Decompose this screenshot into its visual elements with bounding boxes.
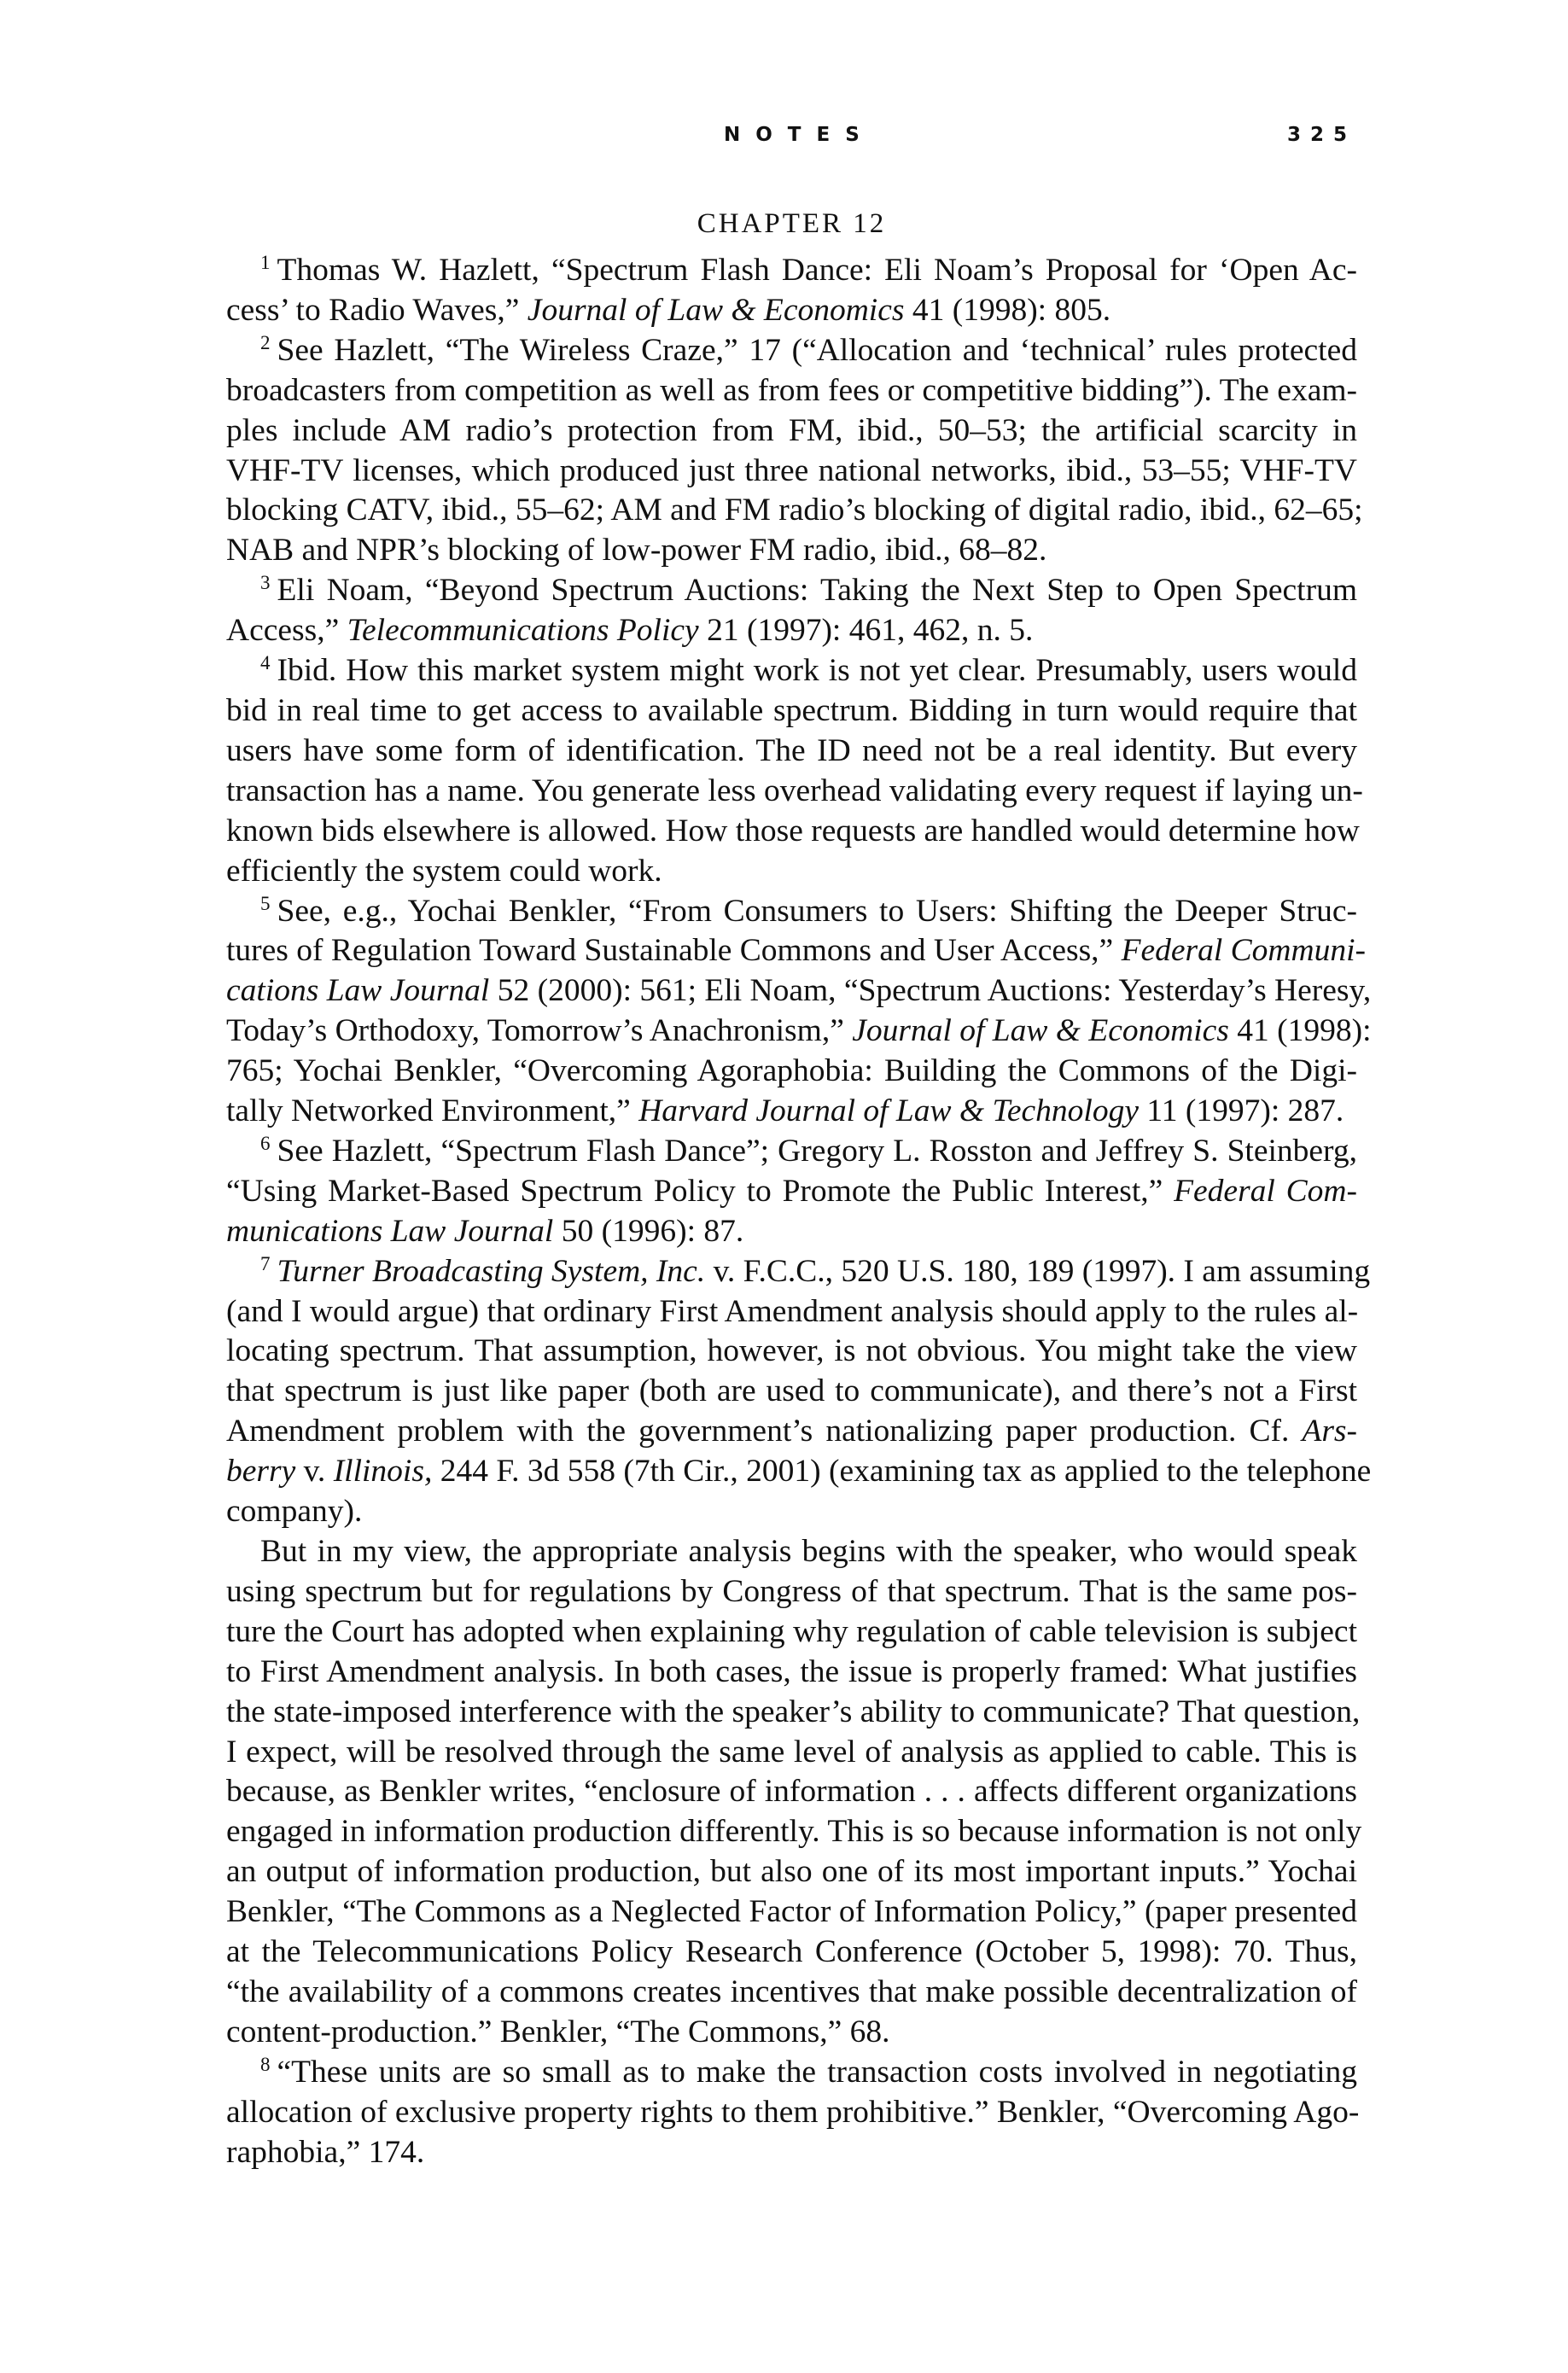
text-segment: I expect, will be resolved through the s… bbox=[226, 1735, 1357, 1770]
text-segment: Benkler, “The Commons as a Neglected Fac… bbox=[226, 1894, 1357, 1929]
text-line: company). bbox=[226, 1492, 1357, 1532]
text-segment: bid in real time to get access to availa… bbox=[226, 693, 1357, 728]
text-segment: 765; Yochai Benkler, “Overcoming Agoraph… bbox=[226, 1053, 1357, 1088]
text-segment: 21 (1997): 461, 462, n. 5. bbox=[699, 613, 1034, 648]
footnote-marker: 6 bbox=[260, 1133, 271, 1154]
text-line: broadcasters from competition as well as… bbox=[226, 371, 1357, 411]
footnote-marker: 7 bbox=[260, 1253, 271, 1274]
text-line: 7Turner Broadcasting System, Inc. v. F.C… bbox=[226, 1252, 1357, 1292]
text-line: 765; Yochai Benkler, “Overcoming Agoraph… bbox=[226, 1052, 1357, 1092]
page-number: 325 bbox=[1287, 122, 1356, 148]
text-line: because, as Benkler writes, “enclosure o… bbox=[226, 1772, 1357, 1812]
text-line: the state-imposed interference with the … bbox=[226, 1693, 1357, 1733]
text-line: “the availability of a commons creates i… bbox=[226, 1973, 1357, 2013]
text-segment: 41 (1998): 805. bbox=[904, 293, 1110, 328]
text-line: raphobia,” 174. bbox=[226, 2133, 1357, 2173]
notes-body: 1Thomas W. Hazlett, “Spectrum Flash Danc… bbox=[226, 251, 1357, 2173]
text-segment: See Hazlett, “The Wireless Craze,” 17 (“… bbox=[277, 333, 1358, 368]
text-segment: ples include AM radio’s protection from … bbox=[226, 413, 1357, 448]
text-segment: content-production.” Benkler, “The Commo… bbox=[226, 2014, 889, 2049]
footnote-marker: 8 bbox=[260, 2054, 271, 2075]
book-page: NOTES 325 CHAPTER 12 1Thomas W. Hazlett,… bbox=[0, 0, 1568, 2373]
text-line: an output of information production, but… bbox=[226, 1852, 1357, 1892]
text-segment: blocking CATV, ibid., 55–62; AM and FM r… bbox=[226, 493, 1363, 528]
text-line: 5See, e.g., Yochai Benkler, “From Consum… bbox=[226, 892, 1357, 932]
footnote-marker: 4 bbox=[260, 652, 271, 673]
text-line: ture the Court has adopted when explaini… bbox=[226, 1612, 1357, 1653]
text-line: 4Ibid. How this market system might work… bbox=[226, 651, 1357, 691]
footnote-3: 3Eli Noam, “Beyond Spectrum Auctions: Ta… bbox=[226, 571, 1357, 651]
text-segment: engaged in information production differ… bbox=[226, 1814, 1361, 1849]
text-segment: 52 (2000): 561; Eli Noam, “Spectrum Auct… bbox=[489, 973, 1371, 1008]
text-line: ples include AM radio’s protection from … bbox=[226, 411, 1357, 452]
text-segment: Ibid. How this market system might work … bbox=[277, 653, 1358, 688]
text-line: Today’s Orthodoxy, Tomorrow’s Anachronis… bbox=[226, 1012, 1357, 1052]
text-line: cess’ to Radio Waves,” Journal of Law & … bbox=[226, 291, 1357, 331]
text-line: content-production.” Benkler, “The Commo… bbox=[226, 2013, 1357, 2053]
text-segment: known bids elsewhere is allowed. How tho… bbox=[226, 813, 1360, 848]
text-line: I expect, will be resolved through the s… bbox=[226, 1733, 1357, 1773]
text-segment: locating spectrum. That assumption, howe… bbox=[226, 1333, 1357, 1368]
text-line: “Using Market-Based Spectrum Policy to P… bbox=[226, 1172, 1357, 1212]
text-line: tally Networked Environment,” Harvard Jo… bbox=[226, 1092, 1357, 1132]
footnote-2: 2See Hazlett, “The Wireless Craze,” 17 (… bbox=[226, 331, 1357, 571]
text-segment: because, as Benkler writes, “enclosure o… bbox=[226, 1774, 1357, 1809]
footnote-marker: 2 bbox=[260, 332, 271, 353]
text-segment: Access,” bbox=[226, 613, 347, 648]
text-line: efficiently the system could work. bbox=[226, 852, 1357, 892]
text-segment: ture the Court has adopted when explaini… bbox=[226, 1614, 1357, 1649]
text-line: But in my view, the appropriate analysis… bbox=[226, 1532, 1357, 1572]
text-segment: Today’s Orthodoxy, Tomorrow’s Anachronis… bbox=[226, 1013, 852, 1048]
italic-citation: Harvard Journal of Law & Technology bbox=[638, 1093, 1139, 1128]
text-line: 3Eli Noam, “Beyond Spectrum Auctions: Ta… bbox=[226, 571, 1357, 611]
text-line: using spectrum but for regulations by Co… bbox=[226, 1572, 1357, 1612]
chapter-heading: CHAPTER 12 bbox=[226, 208, 1357, 239]
text-segment: VHF-TV licenses, which produced just thr… bbox=[226, 453, 1357, 488]
text-segment: 11 (1997): 287. bbox=[1139, 1093, 1344, 1128]
text-line: NAB and NPR’s blocking of low-power FM r… bbox=[226, 531, 1357, 571]
text-line: that spectrum is just like paper (both a… bbox=[226, 1372, 1357, 1412]
footnote-4: 4Ibid. How this market system might work… bbox=[226, 651, 1357, 891]
italic-citation: Journal of Law & Economics bbox=[528, 293, 905, 328]
text-segment: raphobia,” 174. bbox=[226, 2135, 424, 2170]
italic-citation: Ars- bbox=[1302, 1414, 1357, 1449]
italic-citation: Telecommunications Policy bbox=[347, 613, 699, 648]
text-segment: at the Telecommunications Policy Researc… bbox=[226, 1934, 1357, 1969]
text-line: blocking CATV, ibid., 55–62; AM and FM r… bbox=[226, 491, 1357, 531]
footnote-8: 8“These units are so small as to make th… bbox=[226, 2053, 1357, 2173]
text-segment: transaction has a name. You generate les… bbox=[226, 773, 1363, 808]
text-line: bid in real time to get access to availa… bbox=[226, 691, 1357, 732]
text-segment: tally Networked Environment,” bbox=[226, 1093, 638, 1128]
text-segment: But in my view, the appropriate analysis… bbox=[260, 1534, 1357, 1569]
text-line: known bids elsewhere is allowed. How tho… bbox=[226, 812, 1357, 852]
text-segment: v. bbox=[295, 1454, 333, 1489]
text-segment: Eli Noam, “Beyond Spectrum Auctions: Tak… bbox=[277, 573, 1358, 608]
text-segment: See, e.g., Yochai Benkler, “From Consume… bbox=[277, 894, 1358, 929]
text-segment: to First Amendment analysis. In both cas… bbox=[226, 1654, 1357, 1689]
footnote-6: 6See Hazlett, “Spectrum Flash Dance”; Gr… bbox=[226, 1132, 1357, 1252]
text-line: cations Law Journal 52 (2000): 561; Eli … bbox=[226, 971, 1357, 1012]
text-line: 1Thomas W. Hazlett, “Spectrum Flash Danc… bbox=[226, 251, 1357, 291]
text-segment: allocation of exclusive property rights … bbox=[226, 2095, 1359, 2130]
text-segment: users have some form of identification. … bbox=[226, 733, 1357, 768]
italic-citation: berry bbox=[226, 1454, 295, 1489]
italic-citation: Illinois, bbox=[334, 1454, 433, 1489]
note-paragraph: But in my view, the appropriate analysis… bbox=[226, 1532, 1357, 2053]
footnote-7: 7Turner Broadcasting System, Inc. v. F.C… bbox=[226, 1252, 1357, 1532]
text-segment: 50 (1996): 87. bbox=[553, 1214, 743, 1249]
text-segment: NAB and NPR’s blocking of low-power FM r… bbox=[226, 533, 1046, 568]
italic-citation: Federal Communi- bbox=[1122, 933, 1366, 968]
text-segment: See Hazlett, “Spectrum Flash Dance”; Gre… bbox=[277, 1134, 1358, 1169]
footnote-1: 1Thomas W. Hazlett, “Spectrum Flash Danc… bbox=[226, 251, 1357, 331]
text-segment: 41 (1998): bbox=[1229, 1013, 1372, 1048]
text-line: VHF-TV licenses, which produced just thr… bbox=[226, 452, 1357, 492]
text-segment: the state-imposed interference with the … bbox=[226, 1694, 1360, 1729]
footnote-marker: 1 bbox=[260, 252, 271, 273]
text-segment: company). bbox=[226, 1494, 362, 1529]
text-line: to First Amendment analysis. In both cas… bbox=[226, 1653, 1357, 1693]
text-line: locating spectrum. That assumption, howe… bbox=[226, 1332, 1357, 1372]
text-line: transaction has a name. You generate les… bbox=[226, 772, 1357, 812]
italic-citation: cations Law Journal bbox=[226, 973, 489, 1008]
text-line: Amendment problem with the government’s … bbox=[226, 1412, 1357, 1452]
text-line: 2See Hazlett, “The Wireless Craze,” 17 (… bbox=[226, 331, 1357, 371]
text-segment: tures of Regulation Toward Sustainable C… bbox=[226, 933, 1122, 968]
text-line: 6See Hazlett, “Spectrum Flash Dance”; Gr… bbox=[226, 1132, 1357, 1172]
text-line: berry v. Illinois, 244 F. 3d 558 (7th Ci… bbox=[226, 1452, 1357, 1492]
text-segment: “These units are so small as to make the… bbox=[277, 2055, 1358, 2090]
text-line: munications Law Journal 50 (1996): 87. bbox=[226, 1212, 1357, 1252]
text-segment: “Using Market-Based Spectrum Policy to P… bbox=[226, 1174, 1174, 1209]
text-segment: an output of information production, but… bbox=[226, 1854, 1357, 1889]
text-line: Benkler, “The Commons as a Neglected Fac… bbox=[226, 1892, 1357, 1933]
text-segment: broadcasters from competition as well as… bbox=[226, 373, 1357, 408]
text-segment: that spectrum is just like paper (both a… bbox=[226, 1373, 1357, 1408]
text-segment: 244 F. 3d 558 (7th Cir., 2001) (examinin… bbox=[432, 1454, 1371, 1489]
text-segment: (and I would argue) that ordinary First … bbox=[226, 1294, 1358, 1329]
text-line: at the Telecommunications Policy Researc… bbox=[226, 1933, 1357, 1973]
text-segment: “the availability of a commons creates i… bbox=[226, 1974, 1357, 2009]
running-head-title: NOTES bbox=[724, 122, 875, 148]
italic-citation: munications Law Journal bbox=[226, 1214, 553, 1249]
text-line: Access,” Telecommunications Policy 21 (1… bbox=[226, 611, 1357, 651]
italic-citation: Federal Com- bbox=[1174, 1174, 1357, 1209]
text-line: allocation of exclusive property rights … bbox=[226, 2093, 1357, 2133]
text-line: users have some form of identification. … bbox=[226, 732, 1357, 772]
text-segment: v. F.C.C., 520 U.S. 180, 189 (1997). I a… bbox=[705, 1254, 1370, 1289]
text-line: engaged in information production differ… bbox=[226, 1812, 1357, 1852]
footnote-5: 5See, e.g., Yochai Benkler, “From Consum… bbox=[226, 892, 1357, 1132]
text-line: 8“These units are so small as to make th… bbox=[226, 2053, 1357, 2093]
text-segment: cess’ to Radio Waves,” bbox=[226, 293, 528, 328]
footnote-marker: 3 bbox=[260, 572, 271, 593]
footnote-marker: 5 bbox=[260, 893, 271, 914]
italic-citation: Turner Broadcasting System, Inc. bbox=[277, 1254, 706, 1289]
text-line: (and I would argue) that ordinary First … bbox=[226, 1292, 1357, 1332]
text-segment: Amendment problem with the government’s … bbox=[226, 1414, 1302, 1449]
text-line: tures of Regulation Toward Sustainable C… bbox=[226, 931, 1357, 971]
text-segment: using spectrum but for regulations by Co… bbox=[226, 1574, 1357, 1609]
italic-citation: Journal of Law & Economics bbox=[852, 1013, 1229, 1048]
text-segment: efficiently the system could work. bbox=[226, 854, 662, 889]
text-segment: Thomas W. Hazlett, “Spectrum Flash Dance… bbox=[277, 253, 1358, 288]
